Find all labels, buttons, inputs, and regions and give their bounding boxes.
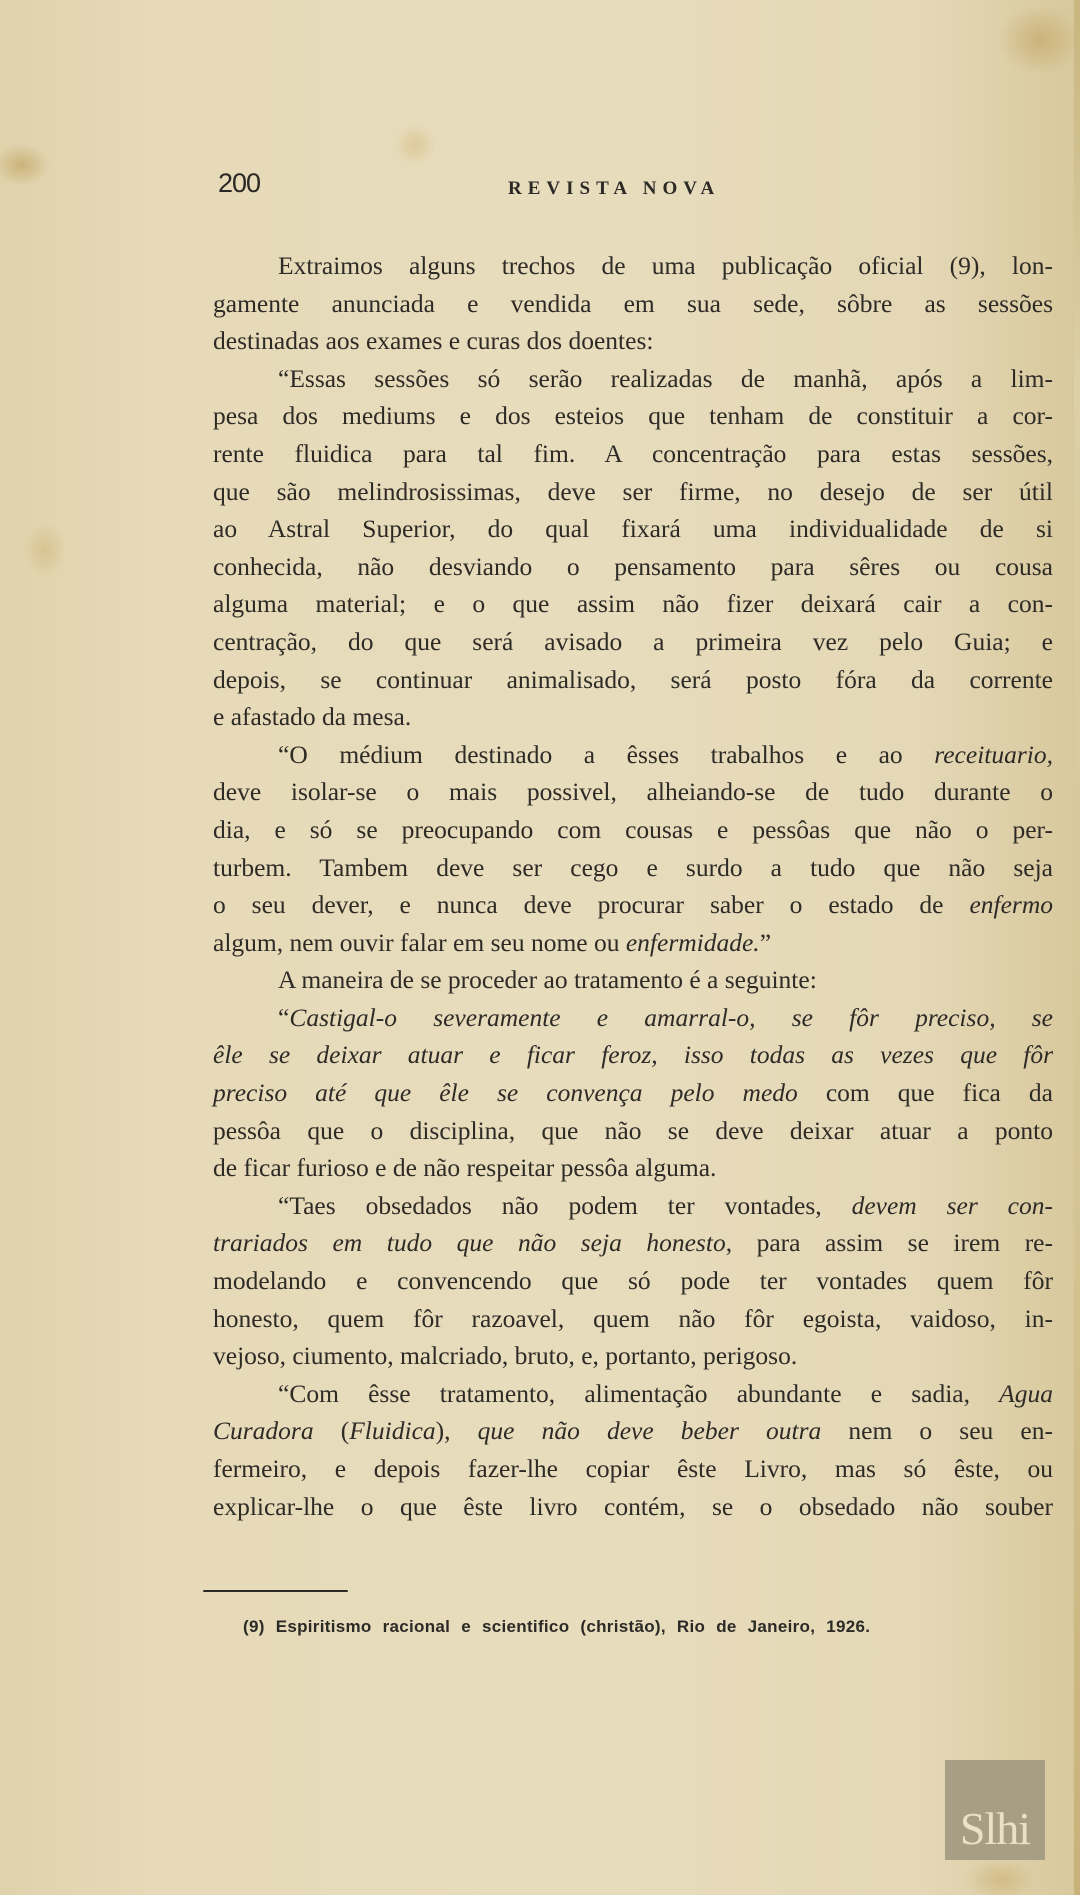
text-run: “Essas sessões só serão realizadas de ma… <box>278 364 1053 393</box>
text-line: “Essas sessões só serão realizadas de ma… <box>213 360 1053 398</box>
text-line: “O médium destinado a êsses trabalhos e … <box>213 736 1053 774</box>
text-line: preciso até que êle se convença pelo med… <box>213 1074 1053 1112</box>
text-run: alguma material; e o que assim não fizer… <box>213 589 1053 618</box>
text-line: turbem. Tambem deve ser cego e surdo a t… <box>213 849 1053 887</box>
text-run: nem o seu en- <box>821 1416 1053 1445</box>
footnote-rule <box>203 1590 348 1592</box>
text-run: pesa dos mediums e dos esteios que tenha… <box>213 401 1053 430</box>
watermark-logo: Slhi <box>945 1760 1045 1860</box>
text-line: ao Astral Superior, do qual fixará uma i… <box>213 510 1053 548</box>
text-run: com que fica da <box>798 1078 1053 1107</box>
italic-text: preciso até que êle se convença pelo med… <box>213 1078 798 1107</box>
text-run: modelando e convencendo que só pode ter … <box>213 1266 1053 1295</box>
text-run: ), <box>436 1416 478 1445</box>
text-run: A maneira de se proceder ao tratamento é… <box>278 965 817 994</box>
watermark-text: Slhi <box>960 1806 1030 1852</box>
text-line: Extraimos alguns trechos de uma publicaç… <box>213 247 1053 285</box>
text-run: o seu dever, e nunca deve procurar saber… <box>213 890 969 919</box>
text-line: “Taes obsedados não podem ter vontades, … <box>213 1187 1053 1225</box>
text-run: algum, nem ouvir falar em seu nome ou <box>213 928 626 957</box>
text-run: vejoso, ciumento, malcriado, bruto, e, p… <box>213 1341 797 1370</box>
text-line: deve isolar-se o mais possivel, alheiand… <box>213 773 1053 811</box>
italic-text: devem ser con- <box>852 1191 1053 1220</box>
footnote: (9) Espiritismo racional e scientifico (… <box>243 1617 1043 1637</box>
text-run: destinadas aos exames e curas dos doente… <box>213 326 653 355</box>
page-edge <box>1074 0 1080 1895</box>
page-number: 200 <box>218 168 260 199</box>
italic-text: Agua <box>999 1379 1053 1408</box>
italic-text: enfermo <box>969 890 1053 919</box>
italic-text: que não deve beber outra <box>478 1416 822 1445</box>
text-run: depois, se continuar animalisado, será p… <box>213 665 1053 694</box>
text-run: “Taes obsedados não podem ter vontades, <box>278 1191 852 1220</box>
text-line: gamente anunciada e vendida em sua sede,… <box>213 285 1053 323</box>
text-line: vejoso, ciumento, malcriado, bruto, e, p… <box>213 1337 1053 1375</box>
text-run: Extraimos alguns trechos de uma publicaç… <box>278 251 1053 280</box>
text-run: ” <box>760 928 771 957</box>
text-run: ao Astral Superior, do qual fixará uma i… <box>213 514 1053 543</box>
text-line: de ficar furioso e de não respeitar pess… <box>213 1149 1053 1187</box>
text-line: centração, do que será avisado a primeir… <box>213 623 1053 661</box>
text-line: explicar-lhe o que êste livro contém, se… <box>213 1488 1053 1526</box>
italic-text: trariados em tudo que não seja honesto <box>213 1228 726 1257</box>
text-run: “ <box>278 1003 289 1032</box>
text-line: pesa dos mediums e dos esteios que tenha… <box>213 397 1053 435</box>
italic-text: Fluidica <box>349 1416 435 1445</box>
text-line: e afastado da mesa. <box>213 698 1053 736</box>
text-line: Curadora (Fluidica), que não deve beber … <box>213 1412 1053 1450</box>
text-run: fermeiro, e depois fazer-lhe copiar êste… <box>213 1454 1053 1483</box>
italic-text: Castigal-o severamente e amarral-o, se f… <box>289 1003 1053 1032</box>
text-line: modelando e convencendo que só pode ter … <box>213 1262 1053 1300</box>
text-line: “Castigal-o severamente e amarral-o, se … <box>213 999 1053 1037</box>
body-text: Extraimos alguns trechos de uma publicaç… <box>213 247 1053 1525</box>
text-line: “Com êsse tratamento, alimentação abunda… <box>213 1375 1053 1413</box>
text-line: algum, nem ouvir falar em seu nome ou en… <box>213 924 1053 962</box>
text-run: explicar-lhe o que êste livro contém, se… <box>213 1492 1053 1521</box>
italic-text: Curadora <box>213 1416 314 1445</box>
text-run: pessôa que o disciplina, que não se deve… <box>213 1116 1053 1145</box>
text-run: que são melindrosissimas, deve ser firme… <box>213 477 1053 506</box>
text-run: de ficar furioso e de não respeitar pess… <box>213 1153 716 1182</box>
running-head: REVISTA NOVA <box>508 178 720 200</box>
text-line: alguma material; e o que assim não fizer… <box>213 585 1053 623</box>
text-run: ( <box>314 1416 350 1445</box>
text-line: A maneira de se proceder ao tratamento é… <box>213 961 1053 999</box>
italic-text: êle se deixar atuar e ficar feroz, isso … <box>213 1040 1053 1069</box>
text-line: depois, se continuar animalisado, será p… <box>213 661 1053 699</box>
text-run: honesto, quem fôr razoavel, quem não fôr… <box>213 1304 1053 1333</box>
text-run: deve isolar-se o mais possivel, alheiand… <box>213 777 1053 806</box>
text-run: dia, e só se preocupando com cousas e pe… <box>213 815 1053 844</box>
text-run: “Com êsse tratamento, alimentação abunda… <box>278 1379 999 1408</box>
text-line: destinadas aos exames e curas dos doente… <box>213 322 1053 360</box>
text-run: , para assim se irem re- <box>726 1228 1053 1257</box>
text-line: fermeiro, e depois fazer-lhe copiar êste… <box>213 1450 1053 1488</box>
text-line: êle se deixar atuar e ficar feroz, isso … <box>213 1036 1053 1074</box>
text-run: centração, do que será avisado a primeir… <box>213 627 1053 656</box>
text-line: o seu dever, e nunca deve procurar saber… <box>213 886 1053 924</box>
text-run: gamente anunciada e vendida em sua sede,… <box>213 289 1053 318</box>
italic-text: enfermidade. <box>626 928 760 957</box>
text-line: conhecida, não desviando o pensamento pa… <box>213 548 1053 586</box>
text-run: turbem. Tambem deve ser cego e surdo a t… <box>213 853 1053 882</box>
text-line: dia, e só se preocupando com cousas e pe… <box>213 811 1053 849</box>
text-line: trariados em tudo que não seja honesto, … <box>213 1224 1053 1262</box>
text-run: rente fluidica para tal fim. A concentra… <box>213 439 1053 468</box>
text-run: conhecida, não desviando o pensamento pa… <box>213 552 1053 581</box>
text-run: e afastado da mesa. <box>213 702 411 731</box>
italic-text: receituario, <box>934 740 1053 769</box>
text-line: rente fluidica para tal fim. A concentra… <box>213 435 1053 473</box>
text-run: “O médium destinado a êsses trabalhos e … <box>278 740 934 769</box>
text-line: honesto, quem fôr razoavel, quem não fôr… <box>213 1300 1053 1338</box>
text-line: pessôa que o disciplina, que não se deve… <box>213 1112 1053 1150</box>
text-line: que são melindrosissimas, deve ser firme… <box>213 473 1053 511</box>
